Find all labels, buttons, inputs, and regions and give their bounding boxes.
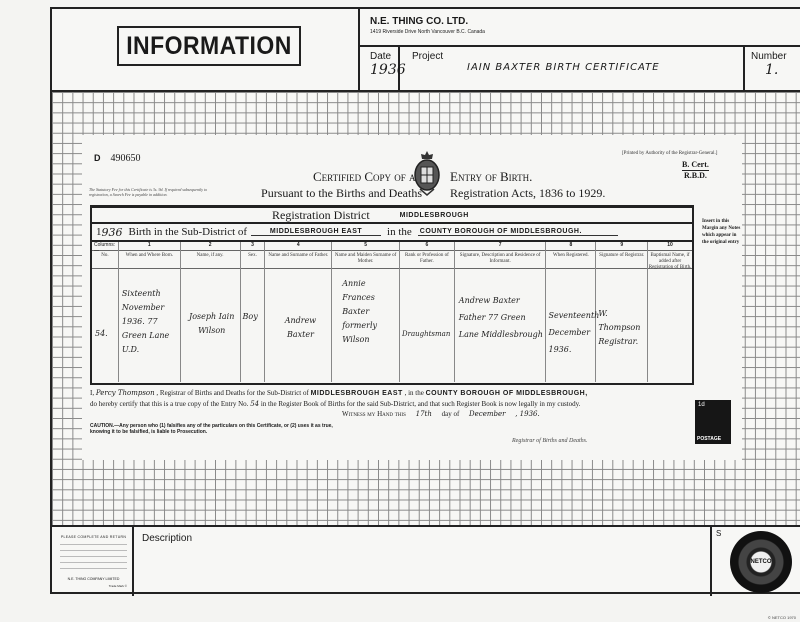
- postage-stamp-icon: 1d POSTAGE: [695, 400, 731, 444]
- header-title-area: INFORMATION: [52, 9, 360, 90]
- fee-note: The Statutory Fee for this Certificate i…: [89, 187, 214, 197]
- footer-line1: , Registrar of Births and Deaths for the…: [156, 389, 308, 397]
- column-number: 7: [455, 242, 546, 251]
- column-value: Andrew Baxter: [275, 314, 325, 342]
- information-title-box: INFORMATION: [117, 26, 301, 66]
- certificate-title-left: Certified Copy of an Pursuant to the Bir…: [222, 168, 422, 202]
- company-seal-icon: NETCO: [730, 531, 792, 593]
- company-name: N.E. THING CO. LTD.: [370, 16, 800, 27]
- company-block: N.E. THING CO. LTD. 1419 Riverside Drive…: [360, 9, 800, 47]
- registration-district-row: Registration District MIDDLESBROUGH: [92, 208, 692, 224]
- column-sex: 3 Sex. Boy: [241, 242, 266, 382]
- column-name: 2 Name, if any. Joseph Iain Wilson: [181, 242, 241, 382]
- information-title: INFORMATION: [126, 32, 292, 61]
- number-value: 1.: [765, 62, 800, 78]
- county-value: COUNTY BOROUGH OF MIDDLESBROUGH.: [418, 228, 618, 236]
- number-label: Number: [751, 51, 800, 62]
- column-number: 1: [119, 242, 180, 251]
- stamp-label: POSTAGE: [697, 436, 721, 442]
- title-left-line1: Certified Copy of an: [222, 168, 422, 185]
- bottom-panel: PLEASE COMPLETE AND RETURN N.E. THING CO…: [52, 525, 800, 596]
- column-header: Signature, Description and Residence of …: [455, 251, 546, 269]
- serial-number: 490650: [111, 153, 141, 164]
- stamp-value: 1d: [698, 402, 705, 408]
- certification-statement: I, Percy Thompson , Registrar of Births …: [90, 388, 740, 409]
- serial-prefix: D: [94, 153, 101, 163]
- column-number: 3: [241, 242, 265, 251]
- column-value: 54.: [95, 327, 108, 341]
- return-label: PLEASE COMPLETE AND RETURN: [60, 535, 127, 539]
- witness-year: , 1936.: [515, 410, 540, 418]
- column-number: 4: [265, 242, 331, 251]
- column-number: 8: [546, 242, 595, 251]
- column-number: 10: [648, 242, 692, 251]
- columns-label: Columns:—: [92, 242, 118, 251]
- column-header: When and Where Born.: [119, 251, 180, 269]
- witness-line: Witness my Hand this 17th day of Decembe…: [342, 410, 540, 418]
- margin-note: Insert in this Margin any Notes which ap…: [702, 218, 742, 246]
- registration-district-value: MIDDLESBROUGH: [400, 212, 469, 219]
- witness-day: 17th: [416, 410, 432, 418]
- column-father-profession: 6 Rank or Profession of Father. Draughts…: [400, 242, 455, 382]
- number-cell: Number 1.: [745, 47, 800, 90]
- column-header: Name, if any.: [181, 251, 240, 269]
- column-when-where-born: 1 When and Where Born. Sixteenth Novembe…: [119, 242, 181, 382]
- sub-district-value: MIDDLESBROUGH EAST: [251, 228, 381, 236]
- certificate-serial: D490650: [94, 153, 141, 164]
- column-value: W. Thompson Registrar.: [598, 307, 648, 349]
- seal-cell: S NETCO: [712, 527, 800, 596]
- column-registrar-signature: 9 Signature of Registrar. W. Thompson Re…: [596, 242, 648, 382]
- column-header: Name and Surname of Father.: [265, 251, 331, 269]
- description-box: Description: [134, 527, 712, 596]
- royal-crest-icon: [412, 149, 442, 197]
- form-code: B. Cert. R.B.D.: [682, 160, 709, 181]
- register-entry-table: Registration District MIDDLESBROUGH 1 93…: [90, 205, 694, 385]
- date-cell: Date 1936: [360, 47, 400, 90]
- copyright: © NETCO 1970: [768, 615, 796, 620]
- column-header: Baptismal Name, if added after Registrat…: [648, 251, 692, 269]
- in-the-label: in the: [387, 226, 412, 238]
- footer-sub-district: MIDDLESBROUGH EAST: [311, 390, 403, 397]
- witness-month: December: [469, 410, 505, 418]
- column-no: Columns:— No. 54.: [92, 242, 119, 382]
- footer-line2b: in the Register Book of Births for the s…: [261, 400, 581, 408]
- register-columns: Columns:— No. 54. 1 When and Where Born.…: [92, 242, 692, 382]
- project-cell: Project IAIN BAXTER BIRTH CERTIFICATE: [400, 47, 745, 90]
- return-box: PLEASE COMPLETE AND RETURN N.E. THING CO…: [52, 527, 134, 596]
- column-value: Andrew Baxter Father 77 Green Lane Middl…: [459, 292, 545, 343]
- project-label: Project: [412, 51, 743, 62]
- date-label: Date: [370, 51, 398, 62]
- column-father: 4 Name and Surname of Father. Andrew Bax…: [265, 242, 332, 382]
- sub-district-row: 1 936 Birth in the Sub-District of MIDDL…: [92, 224, 692, 242]
- column-value: Draughtsman: [402, 327, 450, 341]
- column-value: Annie Frances Baxter formerly Wilson: [342, 277, 390, 347]
- column-value: Joseph Iain Wilson: [187, 310, 237, 338]
- trademark: Trade Mark ©: [60, 584, 127, 588]
- footer-line2a: do hereby certify that this is a true co…: [90, 400, 248, 408]
- column-number: 9: [596, 242, 647, 251]
- column-value: Seventeenth December 1936.: [548, 307, 596, 358]
- witness-label: Witness my Hand this: [342, 410, 406, 418]
- column-number: 6: [400, 242, 454, 251]
- column-header: Signature of Registrar.: [596, 251, 647, 269]
- date-value: 1936: [370, 62, 398, 78]
- registrar-caption: Registrar of Births and Deaths.: [512, 438, 588, 444]
- return-company: N.E. THING COMPANY LIMITED: [60, 577, 127, 581]
- certificate-title-right: Entry of Birth. Registration Acts, 1836 …: [450, 168, 605, 202]
- form-code-2: R.B.D.: [682, 171, 709, 181]
- footer-county: COUNTY BOROUGH OF MIDDLESBROUGH,: [426, 390, 588, 397]
- company-address: 1419 Riverside Drive North Vancouver B.C…: [370, 29, 800, 35]
- birth-certificate: D490650 The Statutory Fee for this Certi…: [82, 135, 742, 460]
- column-informant: 7 Signature, Description and Residence o…: [455, 242, 547, 382]
- printed-by: [Printed by Authority of the Registrar-G…: [622, 151, 717, 156]
- description-label: Description: [142, 533, 710, 544]
- column-header: Rank or Profession of Father.: [400, 251, 454, 269]
- title-right-line1: Entry of Birth.: [450, 168, 605, 185]
- column-when-registered: 8 When Registered. Seventeenth December …: [546, 242, 596, 382]
- address-line: [60, 563, 127, 569]
- seal-label: S: [716, 529, 721, 538]
- column-number: 5: [332, 242, 399, 251]
- title-right-line2: Registration Acts, 1836 to 1929.: [450, 185, 605, 202]
- registrar-signature-inline: Percy Thompson: [96, 389, 155, 397]
- seal-text: NETCO: [751, 559, 772, 565]
- column-value: Boy: [243, 310, 258, 324]
- title-left-line2: Pursuant to the Births and Deaths: [222, 185, 422, 202]
- form-code-1: B. Cert.: [682, 160, 709, 171]
- project-value: IAIN BAXTER BIRTH CERTIFICATE: [467, 62, 743, 73]
- column-header: When Registered.: [546, 251, 595, 269]
- sub-district-label: Birth in the Sub-District of: [129, 226, 248, 238]
- footer-in-the: , in the: [405, 389, 424, 397]
- caution-notice: CAUTION.—Any person who (1) falsifies an…: [90, 423, 340, 435]
- column-header: Name and Maiden Surname of Mother.: [332, 251, 399, 269]
- witness-day-of: day of: [442, 410, 460, 418]
- column-mother: 5 Name and Maiden Surname of Mother. Ann…: [332, 242, 400, 382]
- year-handwritten: 936: [102, 226, 123, 239]
- entry-number: 54: [250, 400, 259, 408]
- registration-district-label: Registration District: [272, 208, 370, 223]
- column-number: 2: [181, 242, 240, 251]
- column-header: Sex.: [241, 251, 265, 269]
- column-value: Sixteenth November 1936. 77 Green Lane U…: [122, 287, 180, 357]
- column-baptismal-name: 10 Baptismal Name, if added after Regist…: [648, 242, 692, 382]
